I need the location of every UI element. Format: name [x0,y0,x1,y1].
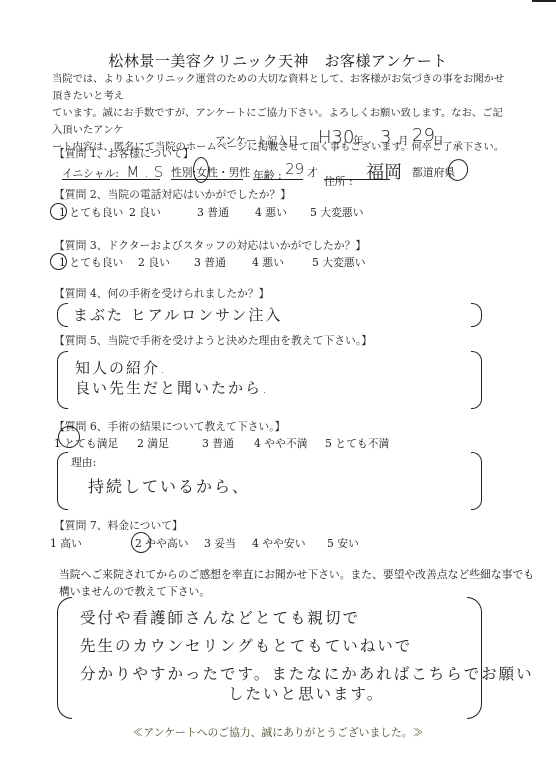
gender-separator: ・ [218,166,229,179]
address-field[interactable]: 住所 : 福岡 [324,165,390,180]
q4-heading: 【質問 4、何の手術を受けられましたか？】 [54,286,269,301]
date-month[interactable]: 3 [380,127,391,148]
age-value: 29 [285,160,304,178]
q5-bracket-right [471,351,482,409]
age-suffix: 才 [307,165,318,180]
q6-reason-answer[interactable]: 持続しているから、 [88,474,250,497]
comments-bracket-left [57,597,72,719]
q2-options: 1 とても良い 2 良い 3 普通 4 悪い 5 大変悪い [55,205,515,221]
scan-corner-mark [532,0,556,2]
q7-selected-circle [131,532,151,553]
date-label: アンケート記入日 [215,133,298,148]
q5-answer-line: 良い先生だと聞いたから. [75,378,269,398]
initial-field[interactable]: イニシャル: M . S [62,163,160,180]
q3-option-1[interactable]: 1 とても良い [59,255,123,270]
q3-option-2[interactable]: 2 良い [138,255,170,270]
q2-option-1[interactable]: 1 とても良い [59,205,123,220]
q4-bracket-right [471,303,482,327]
q3-options: 1 とても良い 2 良い 3 普通 4 悪い 5 大変悪い [55,255,515,271]
q6-bracket-left [57,452,68,510]
intro-line: 当院では、よりよいクリニック運営のための大切な資料として、お客様がお気づきの事を… [52,71,512,105]
q6-option-2[interactable]: 2 満足 [137,436,169,451]
q3-selected-circle [50,253,67,270]
q6-option-5[interactable]: 5 とても不満 [325,436,389,451]
q7-heading: 【質問 7、料金について】 [54,518,183,533]
date-day[interactable]: 29 [412,125,435,146]
q7-option-5[interactable]: 5 安い [327,536,359,551]
q3-option-5[interactable]: 5 大変悪い [312,255,366,270]
q5-bracket-left [57,351,68,409]
q6-options: 1 とても満足 2 満足 3 普通 4 やや不満 5 とても不満 [54,436,514,452]
q7-option-4[interactable]: 4 やや安い [252,536,306,551]
q2-option-2[interactable]: 2 良い [129,205,161,220]
comments-prompt-line: 当院へご来院されてからのご感想を率直にお聞かせ下さい。また、要望や改善点など些細… [59,566,534,583]
q3-option-4[interactable]: 4 悪い [252,255,284,270]
gender-option-male[interactable]: 男性 [229,166,251,179]
q6-reason-label: 理由: [71,455,96,470]
date-era-year[interactable]: H30 [318,127,354,148]
date-day-suffix: 日 [433,133,444,148]
q5-heading: 【質問 5、当院で手術を受けようと決めた理由を教えて下さい。】 [54,333,372,348]
q6-bracket-right [471,452,482,510]
initial-label: イニシャル: [62,167,119,180]
date-year-suffix: 年 [353,133,364,148]
address-label: 住所 : [324,175,353,188]
age-label: 年齢 : [253,169,282,182]
q7-option-3[interactable]: 3 妥当 [204,536,236,551]
q7-options: 1 高い 2 やや高い 3 妥当 4 やや安い 5 安い [50,536,510,552]
q2-heading: 【質問 2、当院の電話対応はいかがでしたか？】 [54,187,291,202]
q6-heading: 【質問 6、手術の結果について教えて下さい。】 [54,419,285,434]
date-month-suffix: 月 [398,133,409,148]
q3-heading: 【質問 3、ドクターおよびスタッフの対応はいかがでしたか？】 [54,238,366,253]
q4-answer[interactable]: まぶた ヒアルロンサン注入 [73,304,282,325]
q2-option-5[interactable]: 5 大変悪い [310,205,364,220]
closing-message: ≪アンケートへのご協力、誠にありがとうございました。≫ [0,725,556,740]
q6-option-4[interactable]: 4 やや不満 [254,436,308,451]
q6-selected-circle [58,426,80,448]
q2-option-4[interactable]: 4 悪い [255,205,287,220]
gender-selected-circle [193,157,209,183]
q5-answer-line: 知人の紹介. [75,358,269,378]
q3-option-3[interactable]: 3 普通 [194,255,226,270]
q6-option-3[interactable]: 3 普通 [202,436,234,451]
comments-prompt-line: 構いませんので教えて下さい。 [59,583,534,600]
comments-answer-line: 先生のカウンセリングもとてもていねいで [80,632,534,660]
comments-prompt: 当院へご来院されてからのご感想を率直にお聞かせ下さい。また、要望や改善点など些細… [59,566,534,600]
initial-value: M . S [126,163,163,181]
survey-title: 松林景一美容クリニック天神 お客様アンケート [0,50,556,71]
address-value: 福岡 [366,162,402,183]
age-field[interactable]: 年齢 : 29 [253,165,303,180]
q1-heading: 【質問 1、お客様について】 [54,146,194,161]
q2-option-3[interactable]: 3 普通 [197,205,229,220]
comments-answer-line: 受付や看護師さんなどとても親切で [80,604,534,632]
q2-selected-circle [50,203,67,220]
comments-answer[interactable]: 受付や看護師さんなどとても親切で 先生のカウンセリングもとてもていねいで 分かり… [80,604,534,708]
q5-answer[interactable]: 知人の紹介. 良い先生だと聞いたから. [75,358,269,398]
q7-option-1[interactable]: 1 高い [50,536,82,551]
q4-bracket-left [57,303,68,327]
